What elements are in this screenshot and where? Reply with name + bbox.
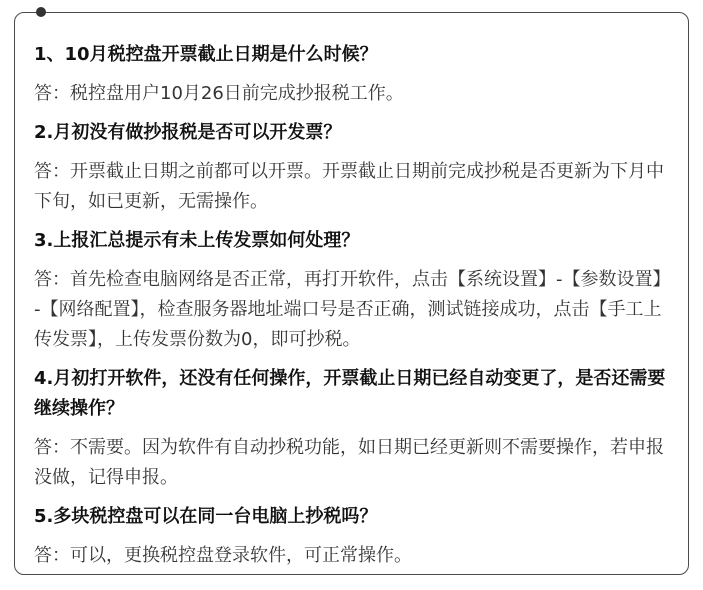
faq-item: 1、10月税控盘开票截止日期是什么时候？ 答：税控盘用户10月26日前完成抄报税… [34, 40, 674, 109]
faq-answer-1: 答：税控盘用户10月26日前完成抄报税工作。 [34, 79, 674, 109]
faq-item: 2.月初没有做抄报税是否可以开发票？ 答：开票截止日期之前都可以开票。开票截止日… [34, 118, 674, 217]
faq-question-4: 4.月初打开软件，还没有任何操作，开票截止日期已经自动变更了，是否还需要继续操作… [34, 364, 674, 424]
faq-question-5: 5.多块税控盘可以在同一台电脑上抄税吗？ [34, 502, 674, 532]
faq-question-1: 1、10月税控盘开票截止日期是什么时候？ [34, 40, 674, 70]
faq-answer-3: 答：首先检查电脑网络是否正常，再打开软件，点击【系统设置】-【参数设置】-【网络… [34, 265, 674, 355]
faq-item: 4.月初打开软件，还没有任何操作，开票截止日期已经自动变更了，是否还需要继续操作… [34, 364, 674, 493]
faq-question-3: 3.上报汇总提示有未上传发票如何处理？ [34, 226, 674, 256]
faq-answer-2: 答：开票截止日期之前都可以开票。开票截止日期前完成抄税是否更新为下月中下旬，如已… [34, 157, 674, 217]
faq-item: 5.多块税控盘可以在同一台电脑上抄税吗？ 答：可以，更换税控盘登录软件，可正常操… [34, 502, 674, 571]
faq-answer-4: 答：不需要。因为软件有自动抄税功能，如日期已经更新则不需要操作，若申报没做，记得… [34, 433, 674, 493]
faq-answer-5: 答：可以，更换税控盘登录软件，可正常操作。 [34, 541, 674, 571]
faq-item: 3.上报汇总提示有未上传发票如何处理？ 答：首先检查电脑网络是否正常，再打开软件… [34, 226, 674, 355]
faq-question-2: 2.月初没有做抄报税是否可以开发票？ [34, 118, 674, 148]
faq-card: 1、10月税控盘开票截止日期是什么时候？ 答：税控盘用户10月26日前完成抄报税… [14, 12, 689, 575]
decorative-dot [36, 7, 46, 17]
